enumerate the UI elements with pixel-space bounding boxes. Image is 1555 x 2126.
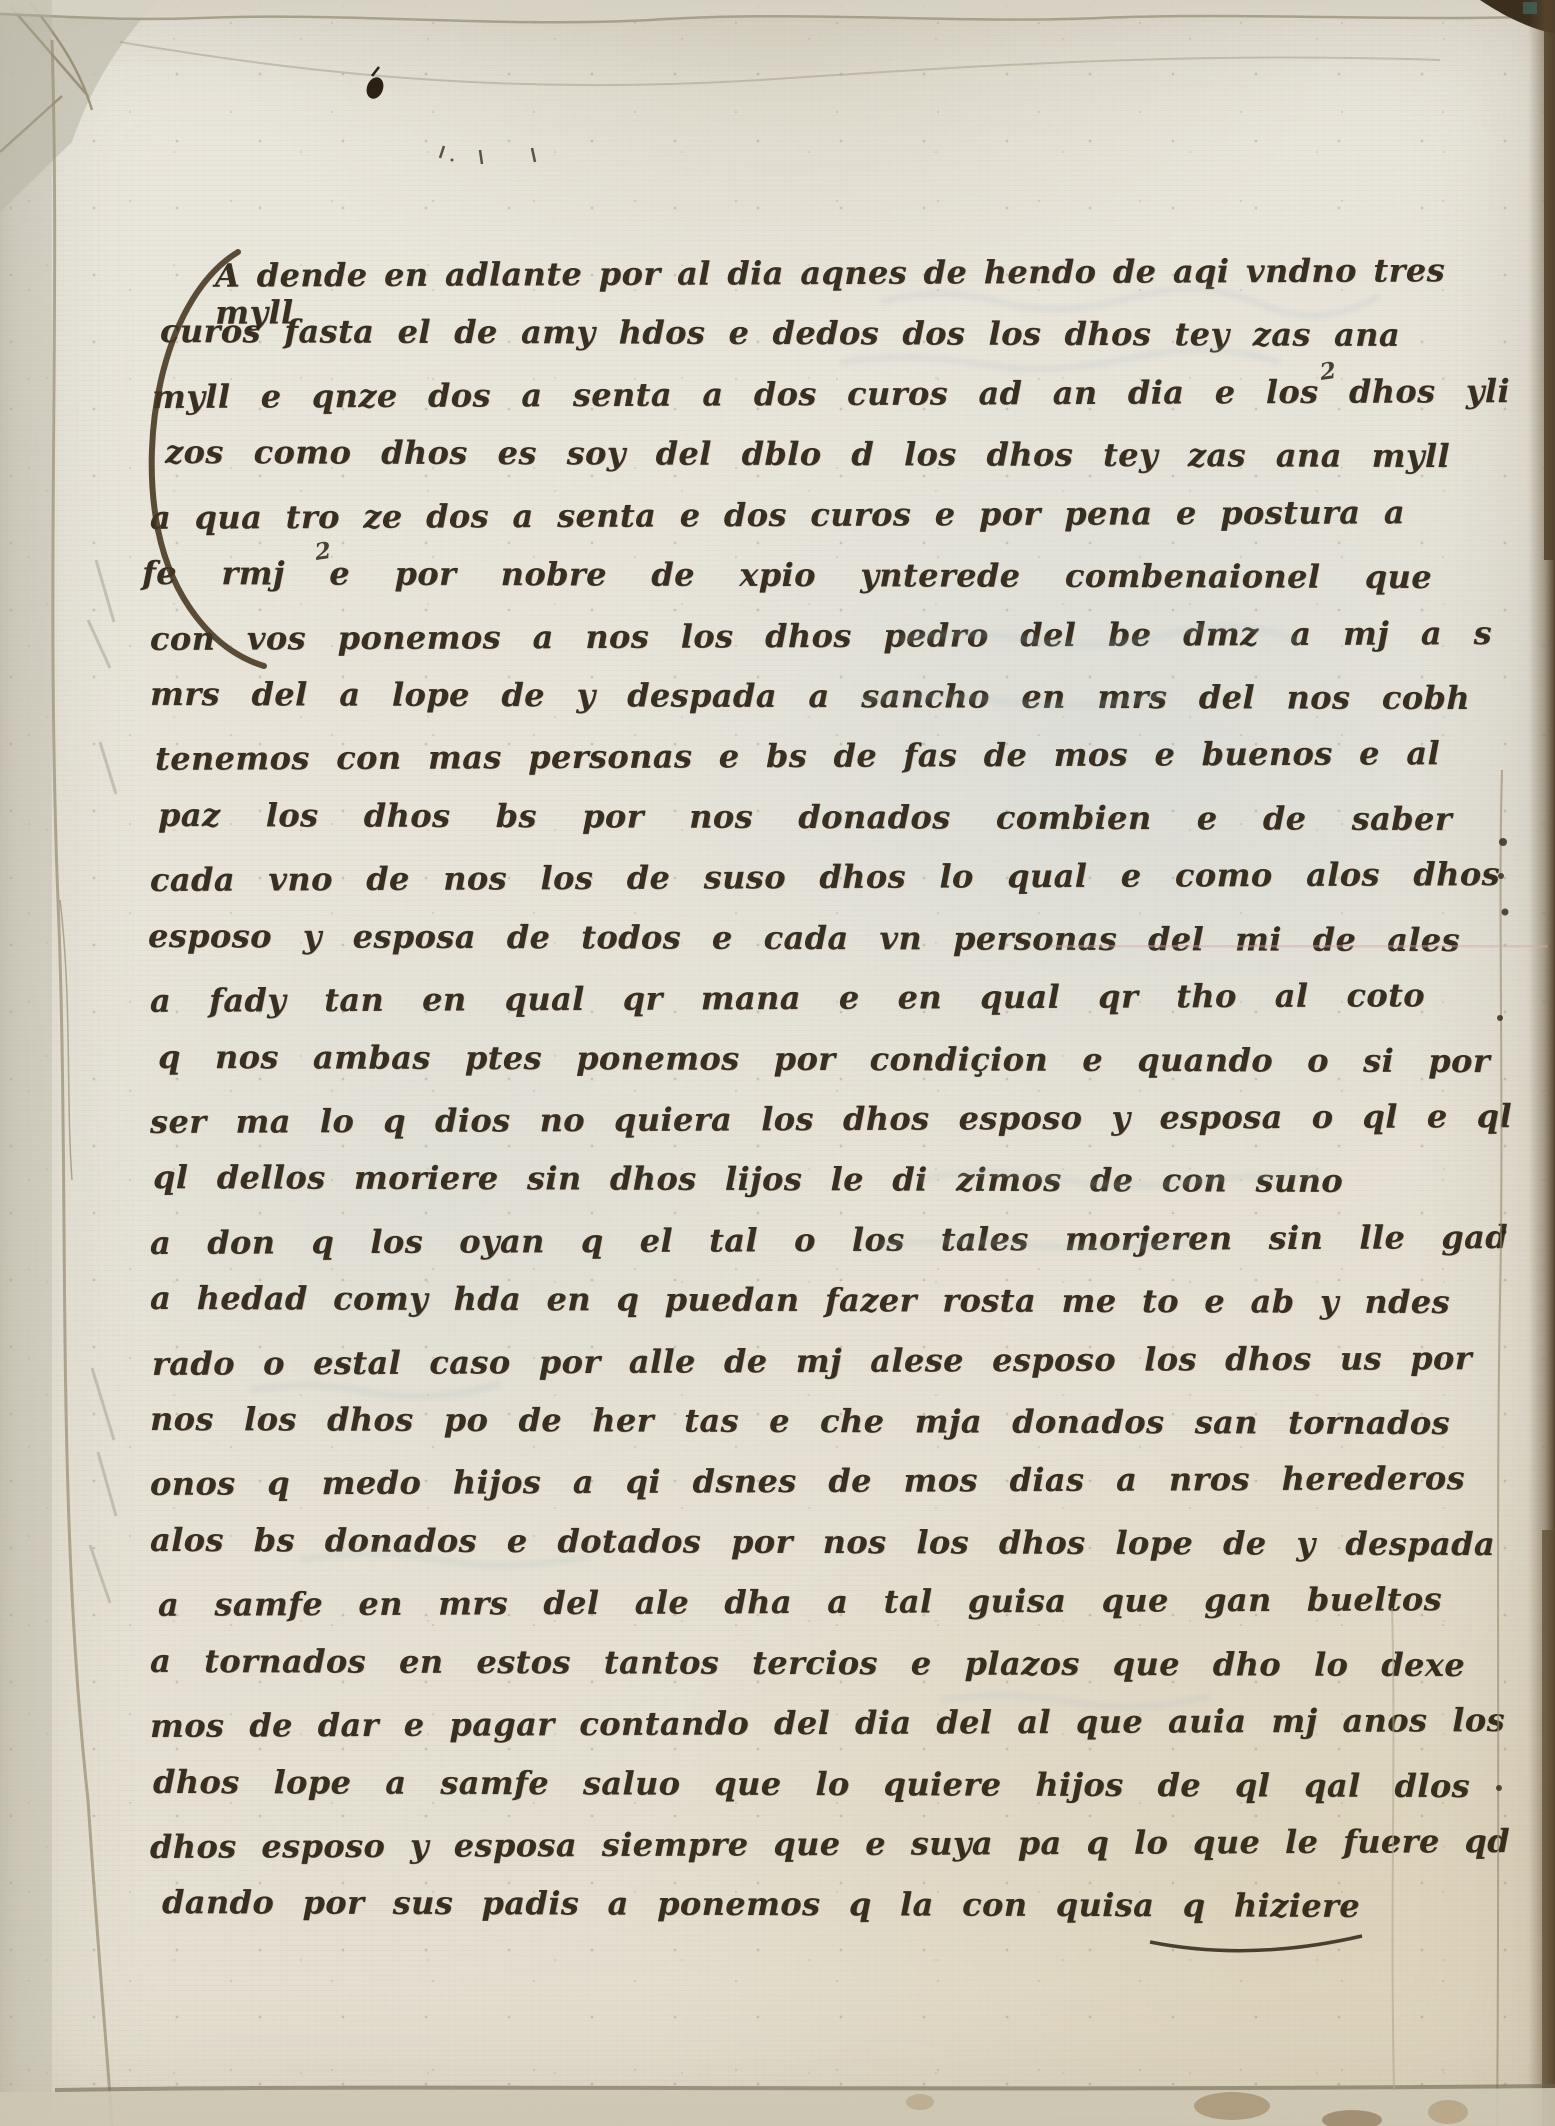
manuscript-line: dhos lope a samfe saluo que lo quiere hi… xyxy=(153,1764,1470,1814)
manuscript-line: myll e qnze dos a senta a dos curos ad a… xyxy=(152,373,1510,425)
manuscript-line: paz los dhos bs por nos donados combien … xyxy=(158,797,1452,847)
manuscript-line: esposo y esposa de todos e cada vn perso… xyxy=(148,918,1460,968)
manuscript-line: a hedad comy hda en q puedan fazer rosta… xyxy=(150,1280,1450,1330)
ink-blot xyxy=(364,67,387,101)
manuscript-line: fe rmj e por nobre de xpio ynterede comb… xyxy=(142,555,1432,605)
manuscript-line: rado o estal caso por alle de mj alese e… xyxy=(152,1340,1472,1392)
manuscript-line: mos de dar e pagar contando del dia del … xyxy=(150,1702,1505,1754)
manuscript-line: dhos esposo y esposa siempre que e suya … xyxy=(150,1823,1510,1875)
manuscript-line: a qua tro ze dos a senta e dos curos e p… xyxy=(150,494,1405,545)
manuscript-line: a fady tan en qual qr mana e en qual qr … xyxy=(150,977,1425,1029)
manuscript-line: a tornados en estos tantos tercios e pla… xyxy=(150,1643,1465,1693)
corner-stains xyxy=(906,2092,1468,2126)
manuscript-line: mrs del a lope de y despada a sancho en … xyxy=(150,676,1470,726)
manuscript-line: A dende en adlante por al dia aqnes de h… xyxy=(215,252,1445,303)
binding-corner-top-right xyxy=(1480,0,1555,34)
final-flourish-underline xyxy=(1150,1936,1362,1951)
manuscript-line: a don q los oyan q el tal o los tales mo… xyxy=(150,1219,1508,1271)
manuscript-line: a samfe en mrs del ale dha a tal guisa q… xyxy=(158,1581,1442,1633)
left-edge-crease xyxy=(0,0,112,2126)
margin-pencil-marks xyxy=(88,560,116,1603)
manuscript-page: A dende en adlante por al dia aqnes de h… xyxy=(0,0,1555,2126)
manuscript-line: ser ma lo q dios no quiera los dhos espo… xyxy=(150,1098,1512,1150)
torn-corner-top-left xyxy=(0,0,158,212)
manuscript-line: q nos ambas ptes ponemos por condiçion e… xyxy=(158,1039,1490,1089)
manuscript-line: con vos ponemos a nos los dhos pedro del… xyxy=(150,615,1492,667)
right-edge-binding xyxy=(1496,0,1555,2126)
manuscript-line: nos los dhos po de her tas e che mja don… xyxy=(150,1401,1450,1451)
manuscript-line: curos fasta el de amy hdos e dedos dos l… xyxy=(160,313,1400,363)
manuscript-line: cada vno de nos los de suso dhos lo qual… xyxy=(150,856,1500,908)
top-edge xyxy=(0,0,1555,85)
manuscript-line: tenemos con mas personas e bs de fas de … xyxy=(155,735,1440,787)
ink-specks xyxy=(440,146,535,164)
manuscript-line: dando por sus padis a ponemos q la con q… xyxy=(162,1884,1360,1934)
manuscript-line: alos bs donados e dotados por nos los dh… xyxy=(150,1522,1495,1572)
edge-ink-spots xyxy=(1496,838,1509,1791)
manuscript-line: zos como dhos es soy del dblo d los dhos… xyxy=(165,434,1450,484)
manuscript-line: ql dellos moriere sin dhos lijos le di z… xyxy=(153,1159,1343,1209)
manuscript-line: onos q medo hijos a qi dsnes de mos dias… xyxy=(150,1460,1465,1512)
